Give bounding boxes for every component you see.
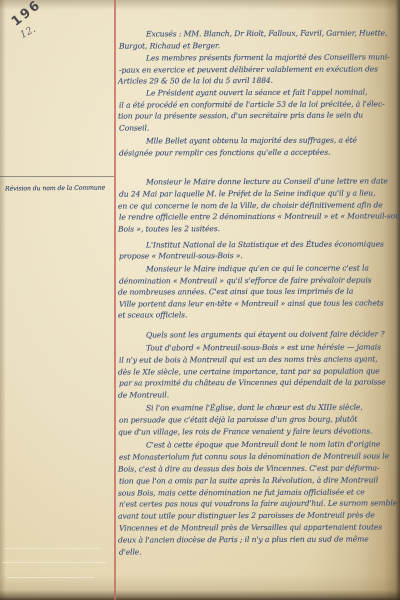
paragraph: C'est à cette époque que Montreuil dont … — [118, 439, 392, 558]
text-line: Bois, c'est à dire au dessus des bois de… — [118, 462, 392, 475]
text-line: Les membres présents forment la majorité… — [118, 51, 392, 64]
text-line: propose « Montreuil-sous-Bois ». — [119, 249, 392, 261]
text-line: on persuade que c'était déjà la paroisse… — [119, 413, 392, 426]
text-line: Monsieur le Maire donne lecture au Conse… — [118, 175, 392, 188]
text-line: tion pour la présente session, d'un secr… — [118, 110, 392, 123]
margin-note: Révision du nom de la Commune — [5, 184, 111, 192]
text-line: et sceaux officiels. — [118, 309, 392, 322]
paragraph: Monsieur le Maire donne lecture au Conse… — [118, 176, 392, 235]
paper-scratch — [2, 562, 106, 563]
paragraph: Les membres présents forment la majorité… — [118, 52, 392, 87]
text-line: Tout d'abord « Montreuil-sous-Bois » est… — [118, 341, 392, 354]
paper-scratch — [6, 577, 94, 578]
paragraph: Tout d'abord « Montreuil-sous-Bois » est… — [118, 342, 392, 401]
text-line: Conseil. — [119, 121, 392, 134]
paper-scratch — [4, 548, 100, 549]
manuscript-page: 196 12. Révision du nom de la Commune Ex… — [0, 0, 400, 600]
text-line: Articles 29 & 50 de la loi du 5 avril 18… — [118, 75, 392, 88]
paragraph: L'Institut National de la Statistique et… — [118, 239, 392, 261]
text-line: il n'y eut de bois à Montreuil qui est u… — [119, 353, 392, 366]
paragraph: Si l'on examine l'Église, dont le chœur … — [118, 402, 392, 437]
text-line: d'elle. — [119, 545, 392, 558]
text-line: Bois », toutes les 2 usitées. — [118, 223, 392, 236]
handwritten-body: Excusés : MM. Blanch, Dr Riolt, Falloux,… — [118, 0, 392, 600]
paragraph: Excusés : MM. Blanch, Dr Riolt, Falloux,… — [118, 28, 392, 51]
paragraph: Mlle Bellet ayant obtenu la majorité des… — [118, 135, 392, 158]
text-line: de Montreuil. — [118, 389, 392, 402]
text-line: que d'un village, les rois de France ven… — [118, 425, 392, 438]
margin-separator-line — [0, 176, 114, 177]
text-line: du 24 Mai par laquelle M. le Préfet de l… — [119, 187, 392, 200]
text-line: Excusés : MM. Blanch, Dr Riolt, Falloux,… — [118, 27, 392, 40]
text-line: de nombreuses années. C'est ainsi que to… — [118, 286, 392, 299]
text-line: Mlle Bellet ayant obtenu la majorité des… — [118, 134, 392, 147]
text-line: Le Président ayant ouvert la séance et f… — [118, 86, 392, 99]
paragraph: Quels sont les arguments qui étayent ou … — [118, 329, 392, 341]
text-line: désignée pour remplir ces fonctions qu'e… — [119, 146, 392, 159]
paragraph: Le Président ayant ouvert la séance et f… — [118, 87, 392, 133]
text-line: C'est à cette époque que Montreuil dont … — [118, 438, 392, 451]
text-line: tion que l'on a omis par la suite après … — [119, 474, 392, 487]
red-margin-rule — [114, 0, 116, 600]
text-line: est Monasteriolum fut connu sous la déno… — [119, 450, 392, 463]
text-line: Si l'on examine l'Église, dont le chœur … — [118, 401, 392, 414]
paragraph: Monsieur le Maire indique qu'en ce qui l… — [118, 263, 392, 321]
text-line: Monsieur le Maire indique qu'en ce qui l… — [118, 262, 392, 275]
text-line: Burgot, Richaud et Berger. — [119, 39, 392, 52]
text-line: Quels sont les arguments qui étayent ou … — [118, 328, 392, 341]
folio-number-stamp: 196 — [9, 0, 44, 30]
